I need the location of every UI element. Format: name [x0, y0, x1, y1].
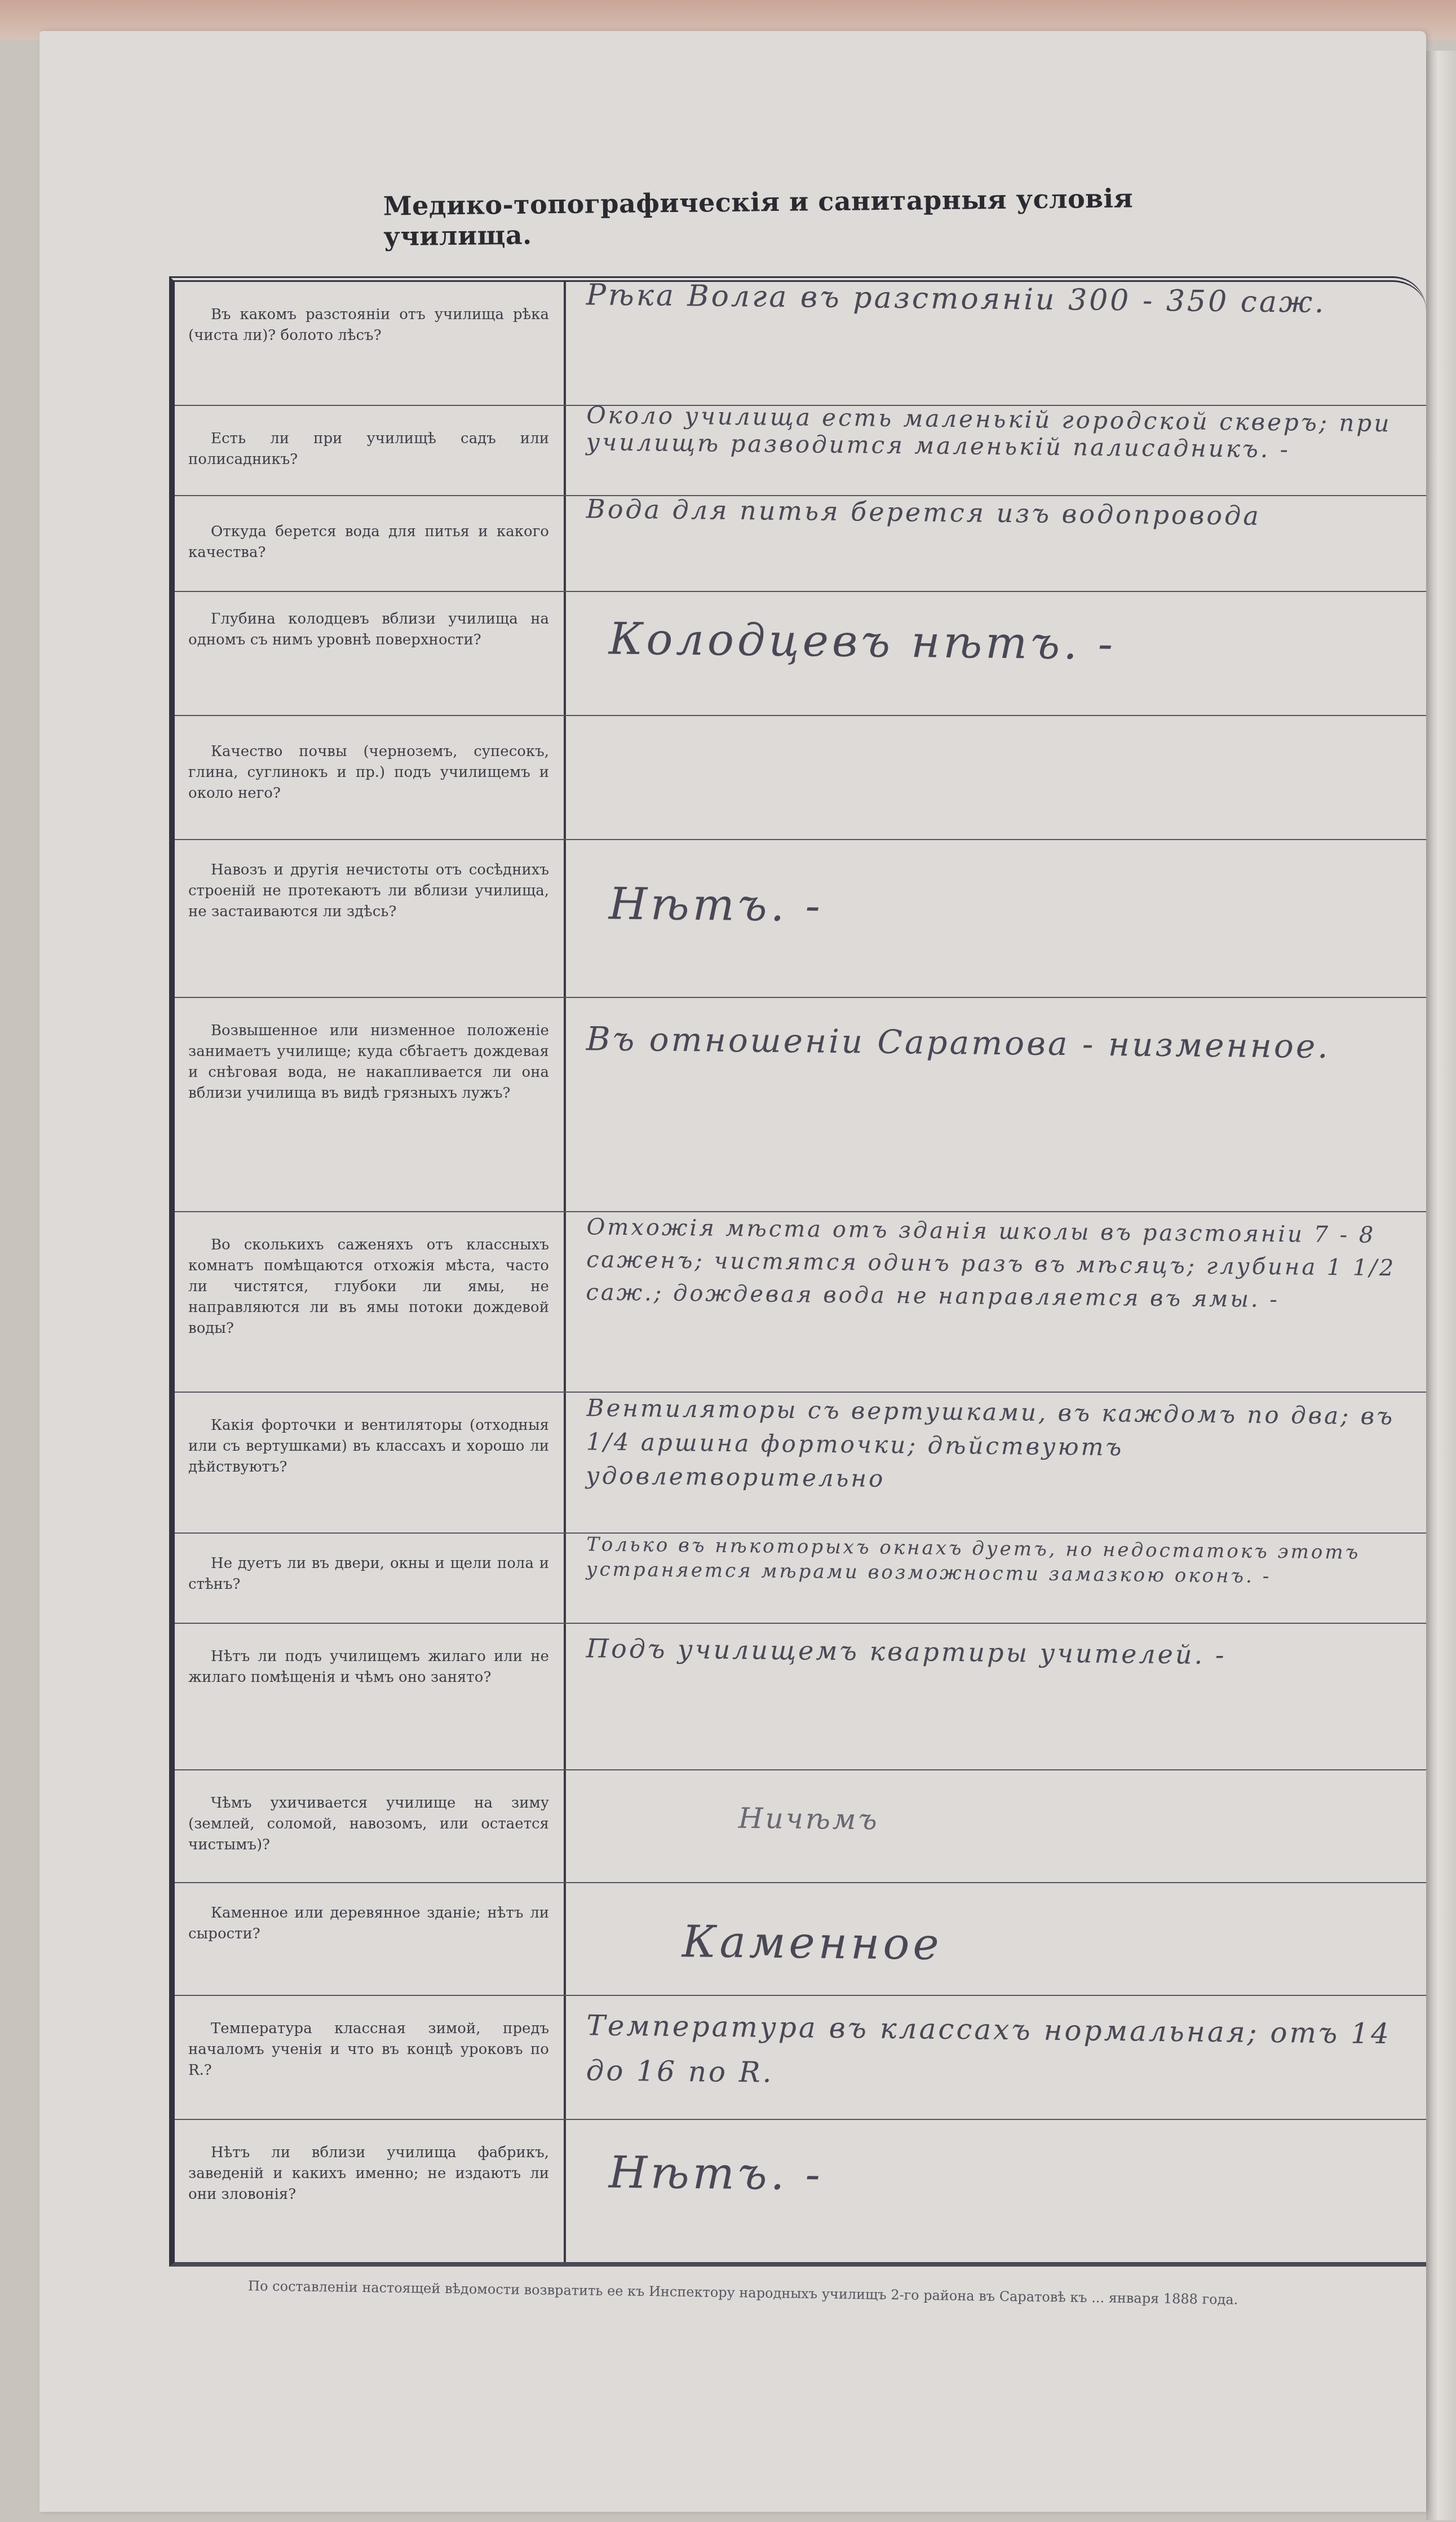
question-text: Возвышенное или низменное положеніе зани…	[188, 1021, 549, 1104]
answer-text: Каменное	[682, 1919, 1421, 1973]
question-text: Навозъ и другія нечистоты отъ сосѣднихъ …	[188, 860, 549, 922]
question-text: Глубина колодцевъ вблизи училища на одно…	[188, 609, 549, 651]
table-row: Температура классная зимой, предъ начало…	[175, 1996, 1426, 2120]
question-text: Чѣмъ ухичивается училище на зиму (землей…	[188, 1793, 549, 1856]
answer-text	[586, 734, 1420, 743]
answer-text: Температура въ классахъ нормальная; отъ …	[586, 2003, 1421, 2101]
answer-text: Около училища есть маленькій городской с…	[586, 401, 1421, 464]
table-row: Навозъ и другія нечистоты отъ сосѣднихъ …	[175, 840, 1426, 998]
answer-text: Подъ училищемъ квартиры учителей. -	[586, 1628, 1421, 1677]
question-text: Качество почвы (черноземъ, супесокъ, гли…	[188, 741, 549, 804]
answer-text: Колодцевъ нѣтъ. -	[609, 616, 1421, 670]
survey-table: Въ какомъ разстояніи отъ училища рѣка (ч…	[169, 276, 1426, 2267]
answer-text: Въ отношеніи Саратова - низменное.	[586, 1005, 1420, 1081]
answer-text: Вода для питья берется изъ водопровода	[586, 492, 1421, 534]
answer-text: Вентиляторы съ вертушками, въ каждомъ по…	[586, 1391, 1421, 1501]
answer-text: Рѣка Волга въ разстояніи 300 - 350 саж.	[586, 272, 1421, 326]
table-row: Качество почвы (черноземъ, супесокъ, гли…	[175, 716, 1426, 840]
table-row: Возвышенное или низменное положеніе зани…	[175, 998, 1426, 1212]
question-text: Есть ли при училищѣ садъ или полисадникъ…	[188, 429, 549, 470]
question-text: Какія форточки и вентиляторы (отходныя и…	[188, 1415, 549, 1478]
question-text: Каменное или деревянное зданіе; нѣтъ ли …	[188, 1903, 549, 1945]
answer-text: Нѣтъ. -	[609, 881, 1421, 935]
table-row: Нѣтъ ли подъ училищемъ жилаго или не жил…	[175, 1624, 1426, 1770]
question-text: Откуда берется вода для питья и какого к…	[188, 522, 549, 563]
question-text: Нѣтъ ли подъ училищемъ жилаго или не жил…	[188, 1646, 549, 1688]
table-row: Во сколькихъ саженяхъ отъ классныхъ комн…	[175, 1212, 1426, 1393]
table-row: Есть ли при училищѣ садъ или полисадникъ…	[175, 406, 1426, 496]
question-text: Въ какомъ разстояніи отъ училища рѣка (ч…	[188, 304, 549, 346]
table-row: Каменное или деревянное зданіе; нѣтъ ли …	[175, 1883, 1426, 1996]
question-text: Не дуетъ ли въ двери, окны и щели пола и…	[188, 1553, 549, 1595]
table-row: Какія форточки и вентиляторы (отходныя и…	[175, 1393, 1426, 1534]
answer-text: Нѣтъ. -	[609, 2149, 1421, 2204]
answer-text: Только въ нѣкоторыхъ окнахъ дуетъ, но не…	[586, 1532, 1421, 1590]
table-row: Откуда берется вода для питья и какого к…	[175, 496, 1426, 592]
answer-text: Ничѣмъ	[738, 1795, 1421, 1849]
table-row: Не дуетъ ли въ двери, окны и щели пола и…	[175, 1534, 1426, 1624]
table-row: Нѣтъ ли вблизи училища фабрикъ, заведені…	[175, 2120, 1426, 2267]
table-row: Чѣмъ ухичивается училище на зиму (землей…	[175, 1770, 1426, 1883]
table-row: Въ какомъ разстояніи отъ училища рѣка (ч…	[175, 282, 1426, 406]
answer-text: Отхожія мѣста отъ зданія школы въ разсто…	[586, 1211, 1421, 1317]
page-stack-edge	[1426, 51, 1456, 2520]
question-text: Нѣтъ ли вблизи училища фабрикъ, заведені…	[188, 2143, 549, 2205]
page-title: Медико-топографическія и санитарныя усло…	[383, 182, 1285, 252]
table-row: Глубина колодцевъ вблизи училища на одно…	[175, 592, 1426, 716]
question-text: Во сколькихъ саженяхъ отъ классныхъ комн…	[188, 1235, 549, 1339]
question-text: Температура классная зимой, предъ начало…	[188, 2019, 549, 2081]
